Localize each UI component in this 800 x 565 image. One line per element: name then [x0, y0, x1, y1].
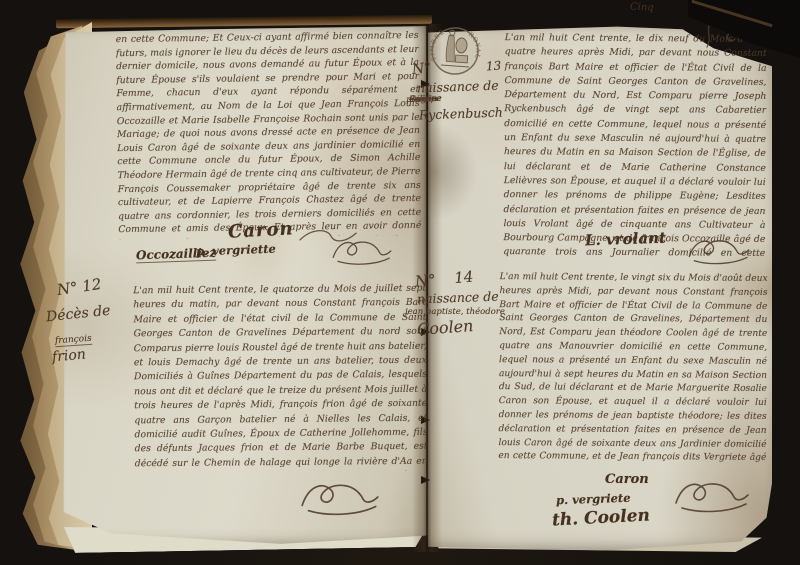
margin-note-number-prefix-13: N°: [411, 60, 432, 78]
register-book-photo: en cette Commune; Et Ceux-ci ayant affir…: [0, 0, 800, 565]
signature-vergriete-14: p. vergriete: [556, 491, 631, 508]
margin-note-naissance-label-13: naissance de: [417, 78, 499, 96]
book-cover-edge: [56, 15, 432, 29]
margin-note-child-firstnames-14: jean baptiste, théodore: [405, 307, 505, 317]
margin-note-record-number-13: 13: [486, 58, 502, 73]
mayor-paraph-icon: [298, 477, 382, 517]
signature-caron-14: Caron: [605, 472, 649, 487]
firstname-post: Eugène: [409, 94, 442, 105]
folio-word: Cinq: [630, 1, 654, 13]
margin-note-child-surname-14: Coolen: [416, 316, 474, 339]
margin-note-deceased-surname: frion: [51, 347, 86, 366]
timbre-royal-stamp-icon: TIMBRE ROYAL: [427, 22, 483, 80]
mayor-paraph-icon: [686, 235, 752, 265]
stitch-mark: [421, 476, 430, 484]
signature-vrolant: L. vrolant: [585, 229, 666, 250]
mayor-paraph-icon: [330, 234, 394, 268]
mayor-paraph-icon: [672, 476, 752, 514]
birth-act-14-text: L'an mil huit Cent trente, le vingt six …: [498, 271, 767, 465]
signature-caron: Caron: [227, 218, 294, 242]
birth-act-13-text: L'an mil huit Cent trente, le dix neuf d…: [503, 31, 767, 262]
marriage-act-closing-text: en cette Commune; Et Ceux-ci ayant affir…: [116, 29, 422, 239]
margin-note-child-surname-13: Ryckenbusch: [419, 105, 503, 123]
margin-note-naissance-label-14: naissance de: [417, 289, 499, 307]
signature-occozailliez: Occozailliez: [136, 246, 217, 264]
death-act-text: L'an mil huit Cent trente, le quatorze d…: [133, 282, 428, 474]
